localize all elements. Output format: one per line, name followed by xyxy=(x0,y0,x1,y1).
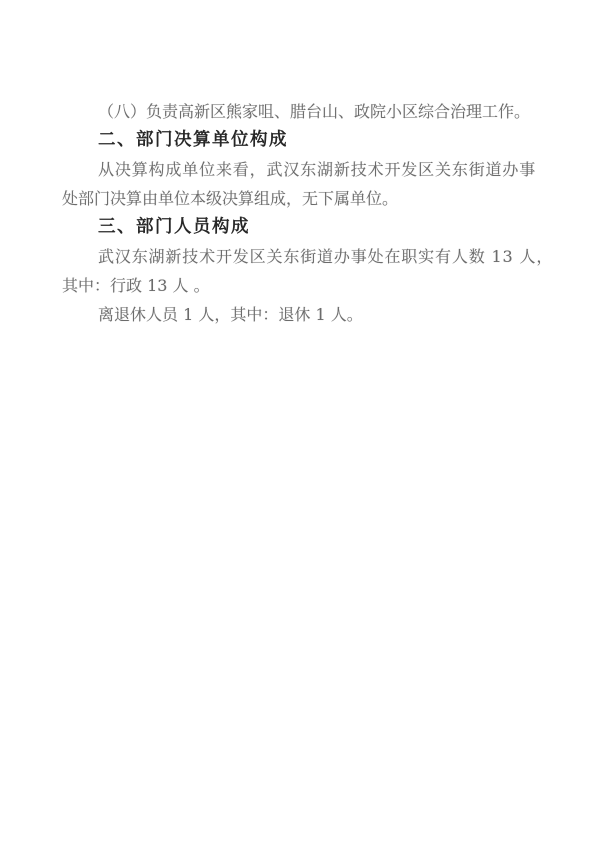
section-3-heading: 三、部门人员构成 xyxy=(62,213,540,242)
section-2-paragraph-line-1: 从决算构成单位来看，武汉东湖新技术开发区关东街道办事 xyxy=(62,155,540,184)
section-2-paragraph-line-2: 处部门决算由单位本级决算组成，无下属单位。 xyxy=(62,184,540,213)
section-3-paragraph-line-1: 武汉东湖新技术开发区关东街道办事处在职实有人数 13 人， xyxy=(62,242,540,271)
document-content: （八）负责高新区熊家咀、腊台山、政院小区综合治理工作。 二、部门决算单位构成 从… xyxy=(62,97,540,329)
duty-item-8-paragraph: （八）负责高新区熊家咀、腊台山、政院小区综合治理工作。 xyxy=(62,97,540,126)
section-3-paragraph-line-3: 离退休人员 1 人，其中：退休 1 人。 xyxy=(62,300,540,329)
section-2-heading: 二、部门决算单位构成 xyxy=(62,126,540,155)
document-page: （八）负责高新区熊家咀、腊台山、政院小区综合治理工作。 二、部门决算单位构成 从… xyxy=(0,0,600,848)
section-3-paragraph-line-2: 其中：行政 13 人 。 xyxy=(62,271,540,300)
